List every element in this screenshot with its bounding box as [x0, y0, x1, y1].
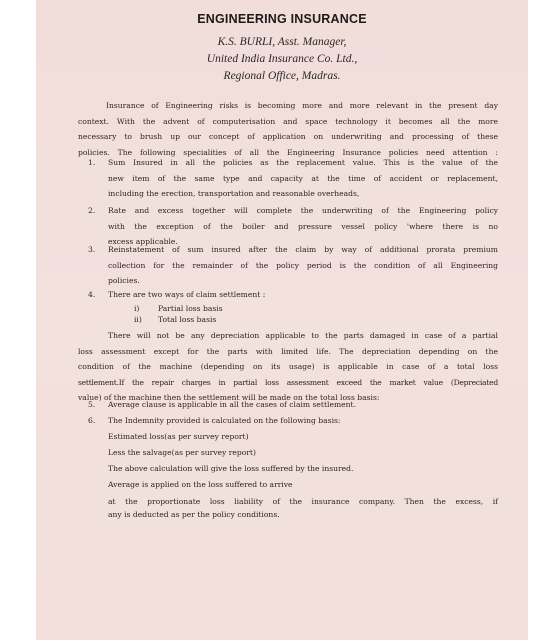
para-line: There will not be any depreciation appli…: [78, 328, 498, 344]
list-item-3: Reinstatement of sum insured after the c…: [108, 242, 498, 289]
depreciation-paragraph: There will not be any depreciation appli…: [78, 328, 498, 406]
scanned-page: ENGINEERING INSURANCE K.S. BURLI, Asst. …: [36, 0, 528, 640]
item-number: 1.: [88, 155, 95, 171]
list-item-5: Average clause is applicable in all the …: [108, 397, 498, 413]
list-item-4: There are two ways of claim settlement :: [108, 287, 498, 303]
item-number: 6.: [88, 413, 95, 429]
item-line: any is deducted as per the policy condit…: [108, 508, 498, 521]
intro-line: necessary to brush up our concept of app…: [78, 129, 498, 145]
intro-line: Insurance of Engineering risks is becomi…: [78, 98, 498, 114]
para-line: condition of the machine (depending on i…: [78, 359, 498, 375]
item-number: 3.: [88, 242, 95, 258]
intro-paragraph: Insurance of Engineering risks is becomi…: [78, 98, 498, 160]
item-line: new item of the same type and capacity a…: [108, 171, 498, 187]
item-number: 5.: [88, 397, 95, 413]
item-line: Average clause is applicable in all the …: [108, 397, 498, 413]
organization-line: United India Insurance Co. Ltd.,: [36, 53, 528, 65]
para-line: loss assessment except for the parts wit…: [78, 344, 498, 360]
item-line: Less the salvage(as per survey report): [108, 445, 498, 461]
office-line: Regional Office, Madras.: [36, 70, 528, 82]
subitem-number: ii): [134, 314, 142, 325]
item-line: Sum Insured in all the policies as the r…: [108, 155, 498, 171]
item-line: collection for the remainder of the poli…: [108, 258, 498, 274]
item-line: There are two ways of claim settlement :: [108, 287, 498, 303]
subitem-label: Partial loss basis: [158, 303, 223, 314]
item-number: 2.: [88, 203, 95, 219]
item-line: Reinstatement of sum insured after the c…: [108, 242, 498, 258]
author-line: K.S. BURLI, Asst. Manager,: [36, 36, 528, 48]
item-line: Estimated loss(as per survey report): [108, 429, 498, 445]
item-line: The Indemnity provided is calculated on …: [108, 413, 498, 429]
item-line: with the exception of the boiler and pre…: [108, 219, 498, 235]
item-line: at the proportionate loss liability of t…: [108, 495, 498, 508]
item-line: Average is applied on the loss suffered …: [108, 477, 498, 493]
list-item-1: Sum Insured in all the policies as the r…: [108, 155, 498, 202]
item-number: 4.: [88, 287, 95, 303]
item-line: including the erection, transportation a…: [108, 186, 498, 202]
intro-line: context. With the advent of computerisat…: [78, 114, 498, 130]
list-item-6: The Indemnity provided is calculated on …: [108, 413, 498, 521]
document-title: ENGINEERING INSURANCE: [36, 12, 528, 26]
subitem-number: i): [134, 303, 139, 314]
subitem-label: Total loss basis: [158, 314, 216, 325]
item-line: The above calculation will give the loss…: [108, 461, 498, 477]
para-line: settlement.If the repair charges in part…: [78, 375, 498, 391]
item-line: Rate and excess together will complete t…: [108, 203, 498, 219]
